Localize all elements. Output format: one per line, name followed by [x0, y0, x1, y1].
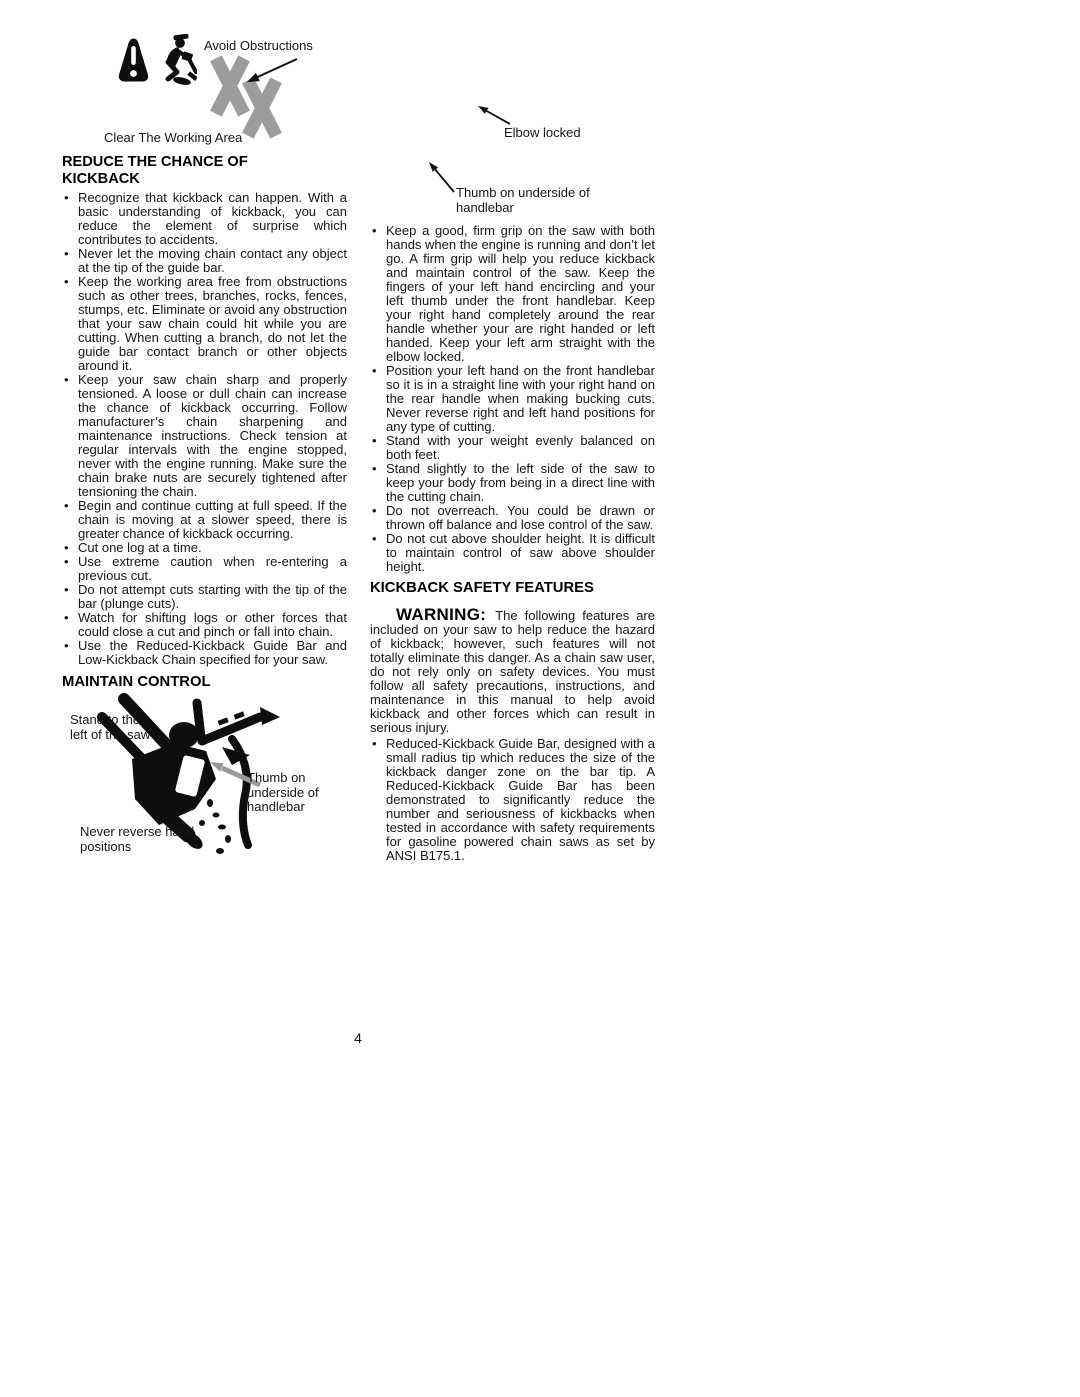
bullet-item: Position your left hand on the front han…	[370, 364, 655, 434]
maintain-control-bullet-list: Keep a good, firm grip on the saw with b…	[370, 224, 655, 574]
manual-page: Avoid Obstructions Clear The Working Are…	[0, 0, 1080, 1397]
bullet-item: Keep a good, firm grip on the saw with b…	[370, 224, 655, 364]
bullet-item: Keep the working area free from obstruct…	[62, 275, 347, 373]
section-heading-kickback-safety-features: KICKBACK SAFETY FEATURES	[370, 579, 655, 597]
right-column: Keep a good, firm grip on the saw with b…	[370, 224, 655, 863]
bullet-item: Watch for shifting logs or other forces …	[62, 611, 347, 639]
maintain-control-figure: Stand to the left of the saw Thumb on un…	[62, 693, 347, 873]
warning-paragraph: WARNING:The following features are inclu…	[370, 608, 655, 735]
section-heading-maintain-control: MAINTAIN CONTROL	[62, 673, 347, 691]
reduce-kickback-bullet-list: Recognize that kickback can happen. With…	[62, 191, 347, 667]
bullet-item: Recognize that kickback can happen. With…	[62, 191, 347, 247]
bullet-item: Begin and continue cutting at full speed…	[62, 499, 347, 541]
clear-working-area-caption: Clear The Working Area	[104, 131, 284, 146]
thumb-underside-right-label: Thumb on underside of handlebar	[456, 186, 616, 215]
warning-text: The following features are included on y…	[370, 608, 655, 735]
never-reverse-label: Never reverse hand positions	[80, 825, 200, 854]
stand-left-label: Stand to the left of the saw	[70, 713, 156, 742]
chainsaw-operator-pictogram-icon	[155, 34, 197, 88]
bullet-item: Reduced-Kickback Guide Bar, designed wit…	[370, 737, 655, 863]
bullet-item: Cut one log at a time.	[62, 541, 347, 555]
warning-triangle-icon	[117, 37, 150, 83]
bullet-item: Stand with your weight evenly balanced o…	[370, 434, 655, 462]
bullet-item: Do not overreach. You could be drawn or …	[370, 504, 655, 532]
page-number: 4	[348, 1030, 368, 1046]
bullet-item: Do not attempt cuts starting with the ti…	[62, 583, 347, 611]
bullet-item: Do not cut above shoulder height. It is …	[370, 532, 655, 574]
bullet-item: Stand slightly to the left side of the s…	[370, 462, 655, 504]
elbow-locked-label: Elbow locked	[504, 126, 614, 141]
safety-features-bullet-list: Reduced-Kickback Guide Bar, designed wit…	[370, 737, 655, 863]
bullet-item: Use extreme caution when re-entering a p…	[62, 555, 347, 583]
left-column: REDUCE THE CHANCE OF KICKBACK Recognize …	[62, 154, 347, 873]
section-heading-reduce-kickback: REDUCE THE CHANCE OF KICKBACK	[62, 154, 280, 188]
bullet-item: Never let the moving chain contact any o…	[62, 247, 347, 275]
bullet-item: Keep your saw chain sharp and properly t…	[62, 373, 347, 499]
bullet-item: Use the Reduced-Kickback Guide Bar and L…	[62, 639, 347, 667]
thumb-underside-label: Thumb on underside of handlebar	[247, 771, 333, 815]
